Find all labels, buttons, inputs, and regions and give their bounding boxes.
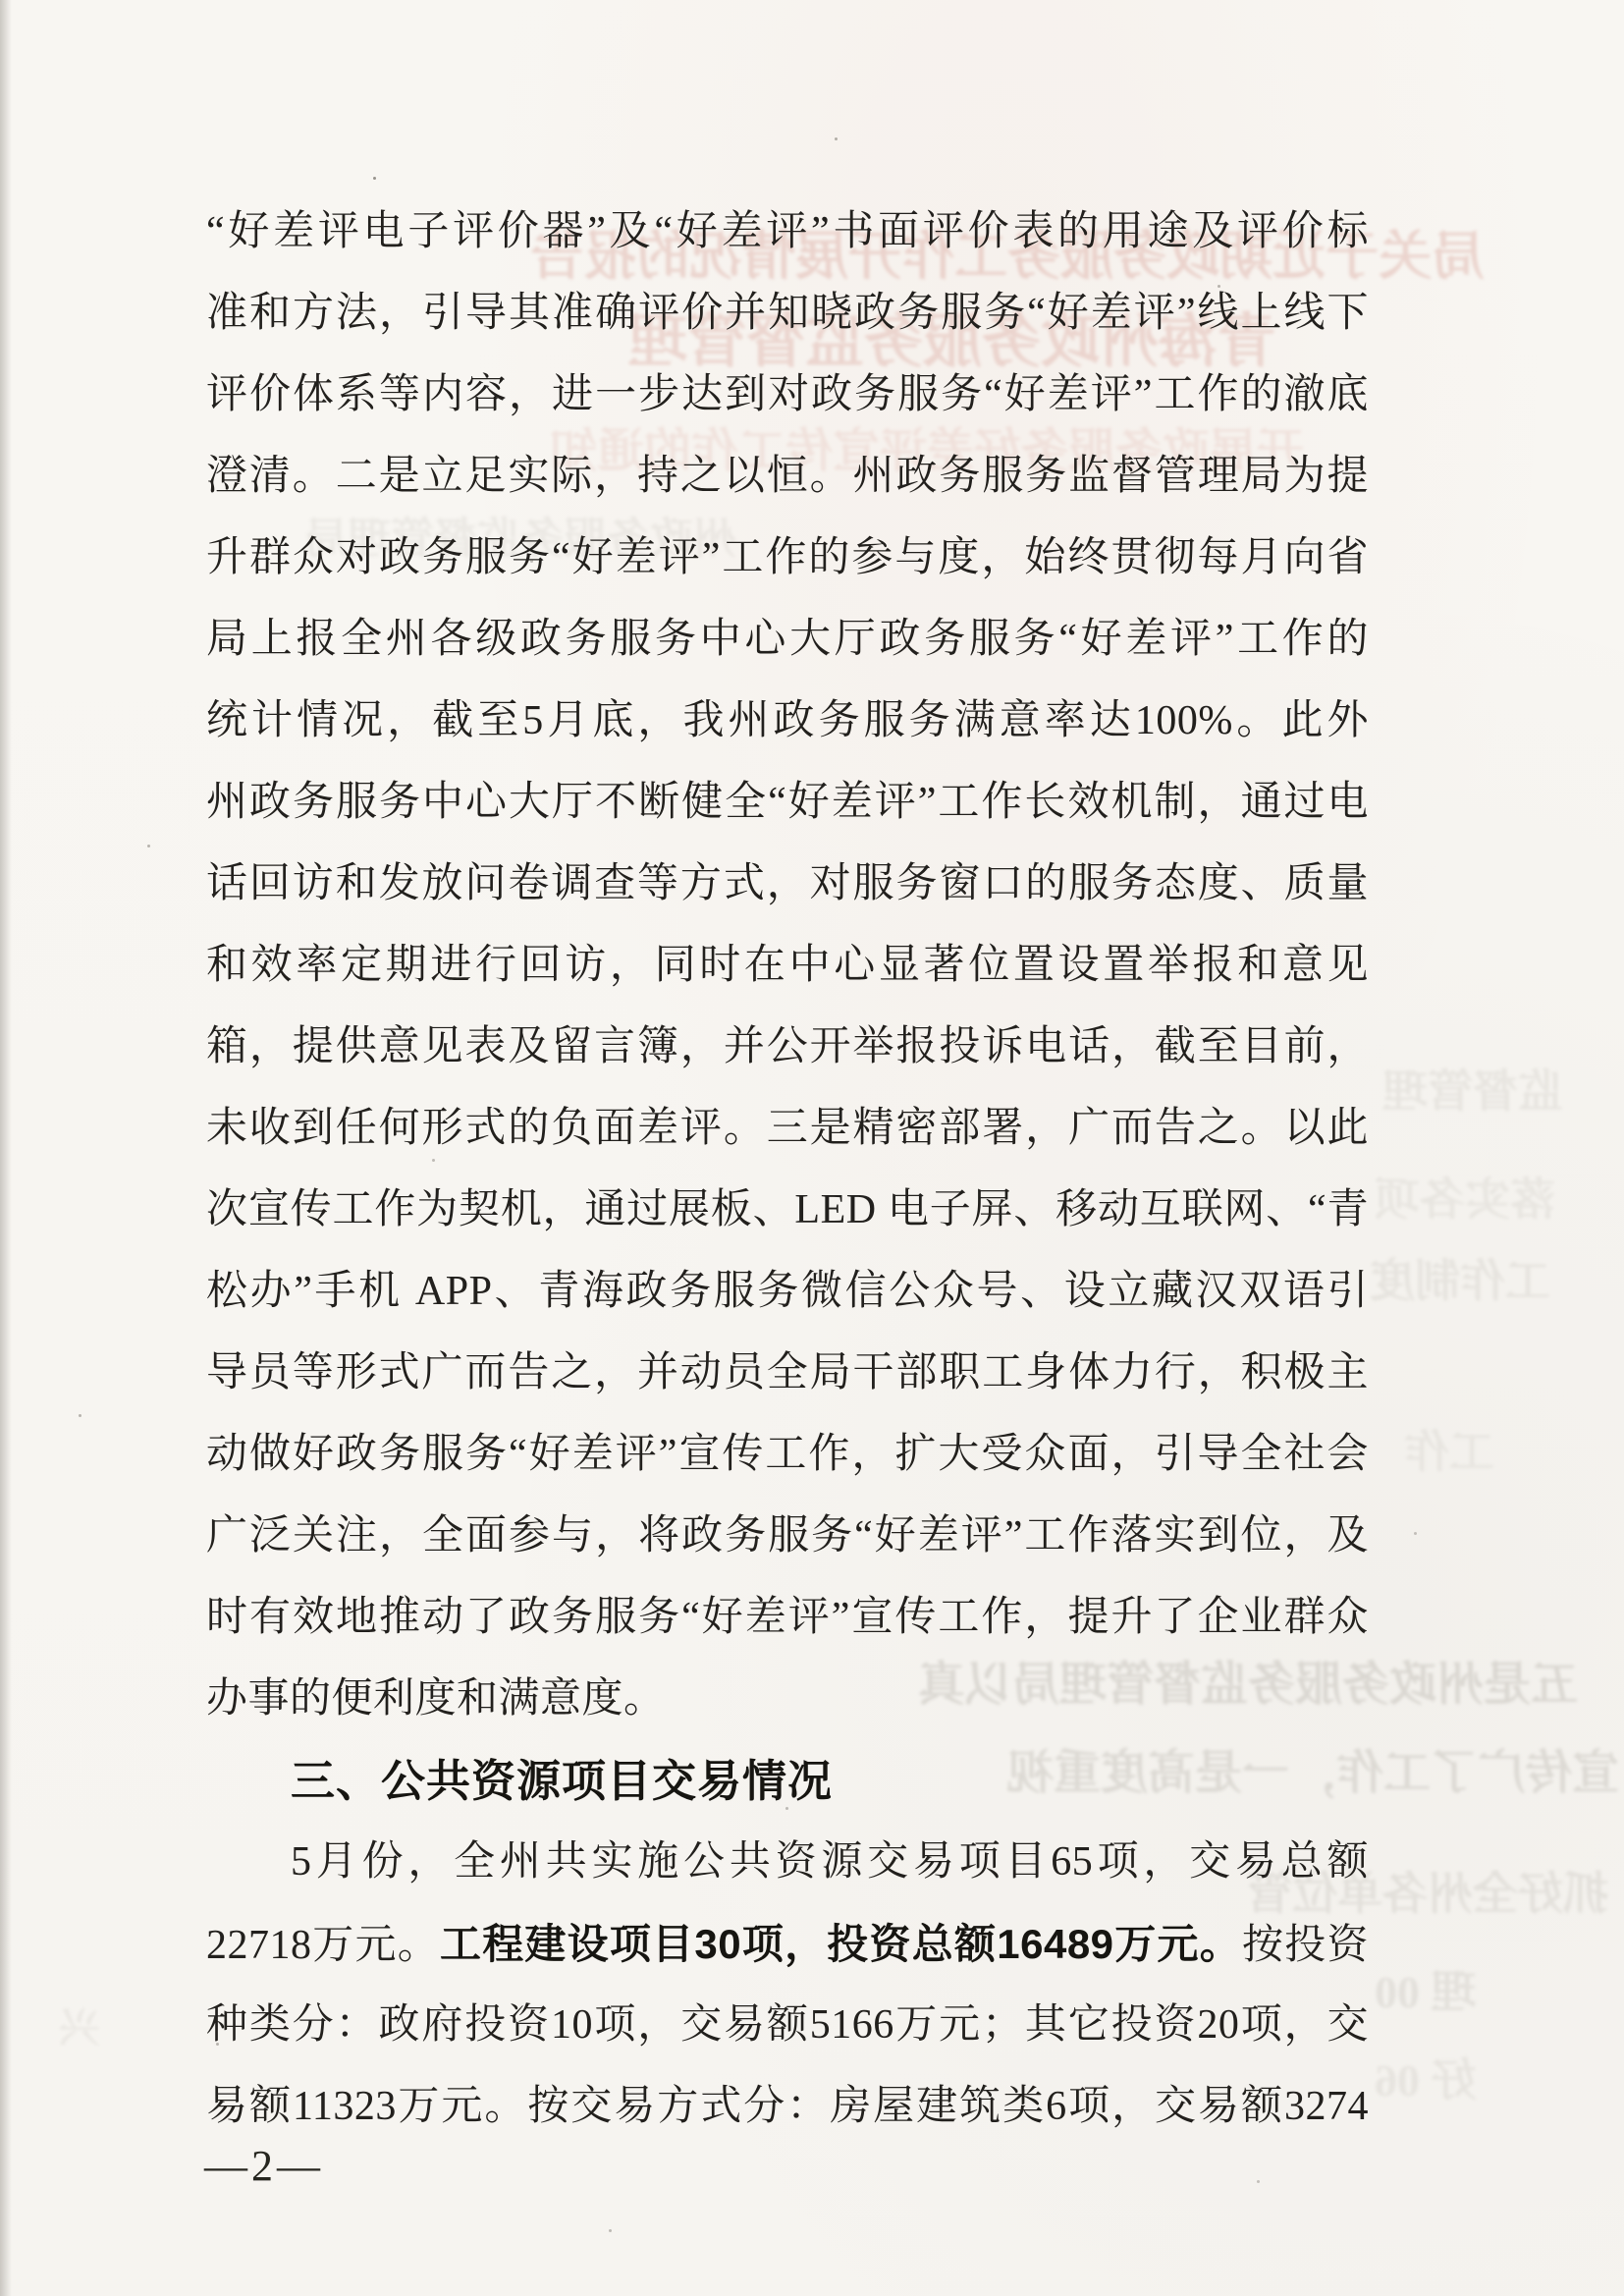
text-segment: 按投资 bbox=[1242, 1923, 1369, 1968]
body-line: 22718万元。工程建设项目30项，投资总额16489万元。按投资 bbox=[206, 1903, 1369, 1985]
text-segment: “好差评电子评价器”及“好差评”书面评价表的用途及评价标 bbox=[206, 209, 1369, 254]
text-segment: 办事的便利度和满意度。 bbox=[206, 1676, 666, 1722]
text-segment: 22718万元。 bbox=[206, 1923, 440, 1968]
body-line: “好差评电子评价器”及“好差评”书面评价表的用途及评价标 bbox=[206, 191, 1369, 273]
body-line: 种类分：政府投资10项，交易额5166万元；其它投资20项，交 bbox=[206, 1985, 1369, 2066]
document-page: 局关于近期政务服务工作开展情况的报告青海州政务服务监督管理开展政务服务好差评宣传… bbox=[0, 0, 1624, 2296]
bold-text-segment: 工程建设项目30项，投资总额16489万元。 bbox=[440, 1921, 1242, 1967]
text-segment: 松办”手机 APP、青海政务服务微信公众号、设立藏汉双语引 bbox=[206, 1269, 1369, 1314]
body-line: 箱，提供意见表及留言簿，并公开举报投诉电话，截至目前， bbox=[206, 1007, 1369, 1088]
text-segment: 州政务服务中心大厅不断健全“好差评”工作长效机制，通过电 bbox=[206, 780, 1369, 825]
body-line: 动做好政务服务“好差评”宣传工作，扩大受众面，引导全社会 bbox=[206, 1414, 1369, 1496]
body-line: 时有效地推动了政务服务“好差评”宣传工作，提升了企业群众 bbox=[206, 1577, 1369, 1659]
bold-text-segment: 三、公共资源项目交易情况 bbox=[291, 1756, 833, 1806]
text-segment: 箱，提供意见表及留言簿，并公开举报投诉电话，截至目前， bbox=[206, 1024, 1369, 1069]
body-line: 话回访和发放问卷调查等方式，对服务窗口的服务态度、质量 bbox=[206, 844, 1369, 925]
text-segment: 话回访和发放问卷调查等方式，对服务窗口的服务态度、质量 bbox=[206, 861, 1369, 906]
body-line: 松办”手机 APP、青海政务服务微信公众号、设立藏汉双语引 bbox=[206, 1251, 1369, 1333]
bleed-through-text: 工作制度 bbox=[1370, 1245, 1550, 1310]
body-line: 易额11323万元。按交易方式分：房屋建筑类6项，交易额3274 bbox=[206, 2066, 1369, 2148]
text-segment: 统计情况，截至5月底，我州政务服务满意率达100%。此外 bbox=[206, 698, 1369, 743]
bleed-through-text: 好 06 bbox=[1375, 2045, 1477, 2109]
body-line: 州政务服务中心大厅不断健全“好差评”工作长效机制，通过电 bbox=[206, 762, 1369, 844]
text-segment: 局上报全州各级政务服务中心大厅政务服务“好差评”工作的 bbox=[206, 617, 1369, 662]
body-line: 澄清。二是立足实际，持之以恒。州政务服务监督管理局为提 bbox=[206, 436, 1369, 518]
body-line: 评价体系等内容，进一步达到对政务服务“好差评”工作的澈底 bbox=[206, 355, 1369, 436]
body-line: 统计情况，截至5月底，我州政务服务满意率达100%。此外 bbox=[206, 681, 1369, 762]
text-segment: 导员等形式广而告之，并动员全局干部职工身体力行，积极主 bbox=[206, 1350, 1369, 1395]
text-segment: 评价体系等内容，进一步达到对政务服务“好差评”工作的澈底 bbox=[206, 372, 1369, 417]
bleed-through-text: 理 00 bbox=[1375, 1956, 1477, 2021]
scan-noise bbox=[373, 177, 376, 180]
text-segment: 5月份，全州共实施公共资源交易项目65项，交易总额 bbox=[291, 1839, 1369, 1885]
text-segment: 和效率定期进行回访，同时在中心显著位置设置举报和意见 bbox=[206, 943, 1369, 988]
section-heading: 三、公共资源项目交易情况 bbox=[206, 1740, 1369, 1822]
body-line: 导员等形式广而告之，并动员全局干部职工身体力行，积极主 bbox=[206, 1333, 1369, 1414]
bleed-through-text: 监督管理 bbox=[1382, 1056, 1563, 1121]
body-line: 准和方法，引导其准确评价并知晓政务服务“好差评”线上线下 bbox=[206, 273, 1369, 355]
body-line: 升群众对政务服务“好差评”工作的参与度，始终贯彻每月向省 bbox=[206, 518, 1369, 599]
body-line: 未收到任何形式的负面差评。三是精密部署，广而告之。以此 bbox=[206, 1088, 1369, 1170]
text-segment: 未收到任何形式的负面差评。三是精密部署，广而告之。以此 bbox=[206, 1106, 1369, 1151]
text-segment: 易额11323万元。按交易方式分：房屋建筑类6项，交易额3274 bbox=[206, 2084, 1369, 2129]
document-body: “好差评电子评价器”及“好差评”书面评价表的用途及评价标准和方法，引导其准确评价… bbox=[206, 191, 1369, 2148]
body-line: 办事的便利度和满意度。 bbox=[206, 1659, 1369, 1740]
body-line: 5月份，全州共实施公共资源交易项目65项，交易总额 bbox=[206, 1822, 1369, 1903]
text-segment: 升群众对政务服务“好差评”工作的参与度，始终贯彻每月向省 bbox=[206, 535, 1369, 580]
body-line: 局上报全州各级政务服务中心大厅政务服务“好差评”工作的 bbox=[206, 599, 1369, 681]
bleed-through-text: 工作 bbox=[1404, 1416, 1494, 1481]
text-segment: 广泛关注，全面参与，将政务服务“好差评”工作落实到位，及 bbox=[206, 1513, 1369, 1558]
bleed-through-text: 兴 bbox=[59, 1995, 100, 2054]
text-segment: 时有效地推动了政务服务“好差评”宣传工作，提升了企业群众 bbox=[206, 1595, 1369, 1640]
body-line: 广泛关注，全面参与，将政务服务“好差评”工作落实到位，及 bbox=[206, 1496, 1369, 1577]
body-line: 和效率定期进行回访，同时在中心显著位置设置举报和意见 bbox=[206, 925, 1369, 1007]
text-segment: 种类分：政府投资10项，交易额5166万元；其它投资20项，交 bbox=[206, 2002, 1369, 2048]
text-segment: 次宣传工作为契机，通过展板、LED 电子屏、移动互联网、“青 bbox=[206, 1187, 1369, 1232]
bleed-through-text: 落实各项 bbox=[1375, 1164, 1555, 1229]
body-line: 次宣传工作为契机，通过展板、LED 电子屏、移动互联网、“青 bbox=[206, 1170, 1369, 1251]
page-number: —2— bbox=[204, 2139, 324, 2194]
text-segment: 准和方法，引导其准确评价并知晓政务服务“好差评”线上线下 bbox=[206, 291, 1369, 336]
text-segment: 动做好政务服务“好差评”宣传工作，扩大受众面，引导全社会 bbox=[206, 1432, 1369, 1477]
text-segment: 澄清。二是立足实际，持之以恒。州政务服务监督管理局为提 bbox=[206, 454, 1369, 499]
